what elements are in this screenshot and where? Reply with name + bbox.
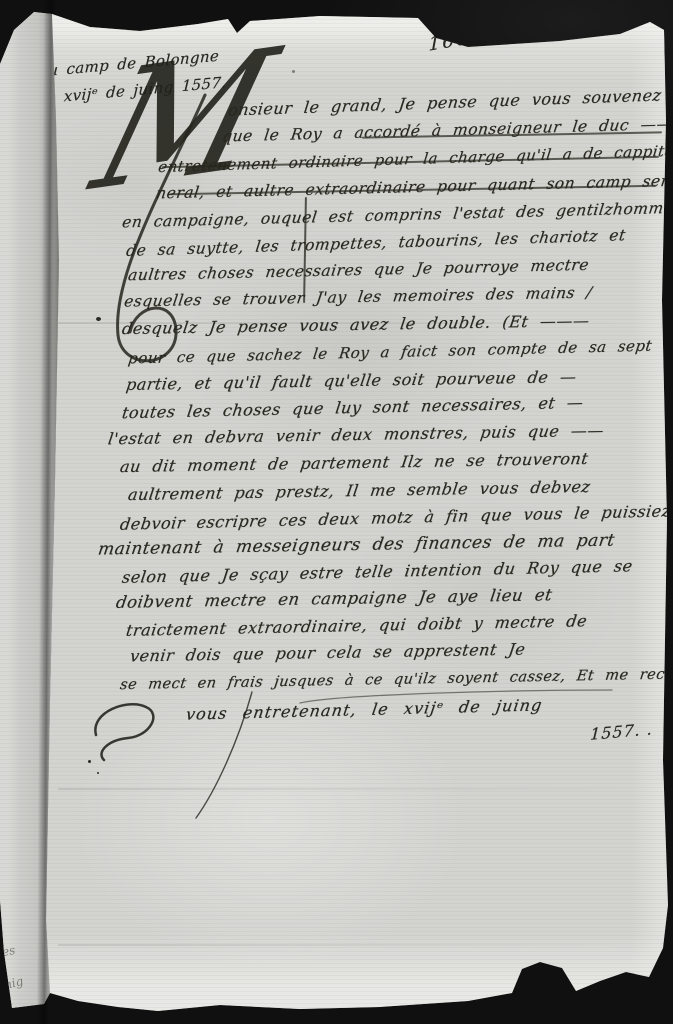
- fold-crease: [58, 788, 658, 790]
- manuscript-line: traictement extraordinaire, qui doibt y …: [125, 613, 588, 639]
- ink-speck: [96, 317, 101, 321]
- ink-speck: [88, 760, 91, 763]
- manuscript-line: toutes les choses que luy sont necessair…: [121, 395, 584, 422]
- manuscript-line: pour ce que sachez le Roy a faict son co…: [127, 339, 653, 367]
- manuscript-line: au dit moment de partement Ilz ne se tro…: [119, 451, 589, 475]
- closing-line: vous entretenant, le xvijᵉ de juing: [185, 695, 544, 723]
- manuscript-line: aultrement pas prestz, Il me semble vous…: [127, 479, 592, 503]
- year-line: 1557. .: [590, 719, 654, 744]
- manuscript-line: venir dois que pour cela se apprestent J…: [129, 642, 527, 665]
- manuscript-line: l'estat en debvra venir deux monstres, p…: [107, 423, 605, 448]
- manuscript-line: debvoir escripre ces deux motz à fin que…: [119, 503, 672, 533]
- manuscript-leaf: 166 166 Au camp de Bolongne du xvijᵉ de …: [0, 0, 673, 1024]
- manuscript-line: se mect en frais jusques à ce qu'ilz soy…: [119, 666, 673, 693]
- manuscript-line: que le Roy a accordé à monseigneur le du…: [221, 116, 673, 145]
- manuscript-line: aultres choses necessaires que Je pourro…: [127, 258, 590, 284]
- paraph-flourish: [95, 704, 153, 760]
- bleedthrough-fragment: nig: [3, 974, 25, 992]
- manuscript-line: maintenant à messeigneurs des finances d…: [97, 532, 616, 558]
- folio-number: 166: [428, 26, 470, 56]
- folio-number-ghost: 166: [432, 9, 457, 24]
- ink-speck: [97, 772, 99, 774]
- manuscript-photo: es nig 166 166 Au camp de Bolongne du xv…: [0, 0, 673, 1024]
- bleedthrough-fragment: es: [1, 943, 16, 959]
- ink-speck: [292, 70, 295, 73]
- manuscript-line: de sa suytte, les trompettes, tabourins,…: [125, 228, 626, 259]
- manuscript-line: selon que Je sçay estre telle intention …: [121, 558, 634, 586]
- manuscript-line: onsieur le grand, Je pense que vous souv…: [227, 87, 662, 118]
- manuscript-line: desquelz Je pense vous avez le double. (…: [121, 313, 591, 337]
- manuscript-line: esquelles se trouver J'ay les memoires d…: [123, 285, 593, 310]
- manuscript-line: partie, et qu'il fault qu'elle soit pour…: [125, 369, 578, 393]
- fold-crease: [58, 944, 658, 946]
- manuscript-line: doibvent mectre en campaigne Je aye lieu…: [115, 587, 553, 611]
